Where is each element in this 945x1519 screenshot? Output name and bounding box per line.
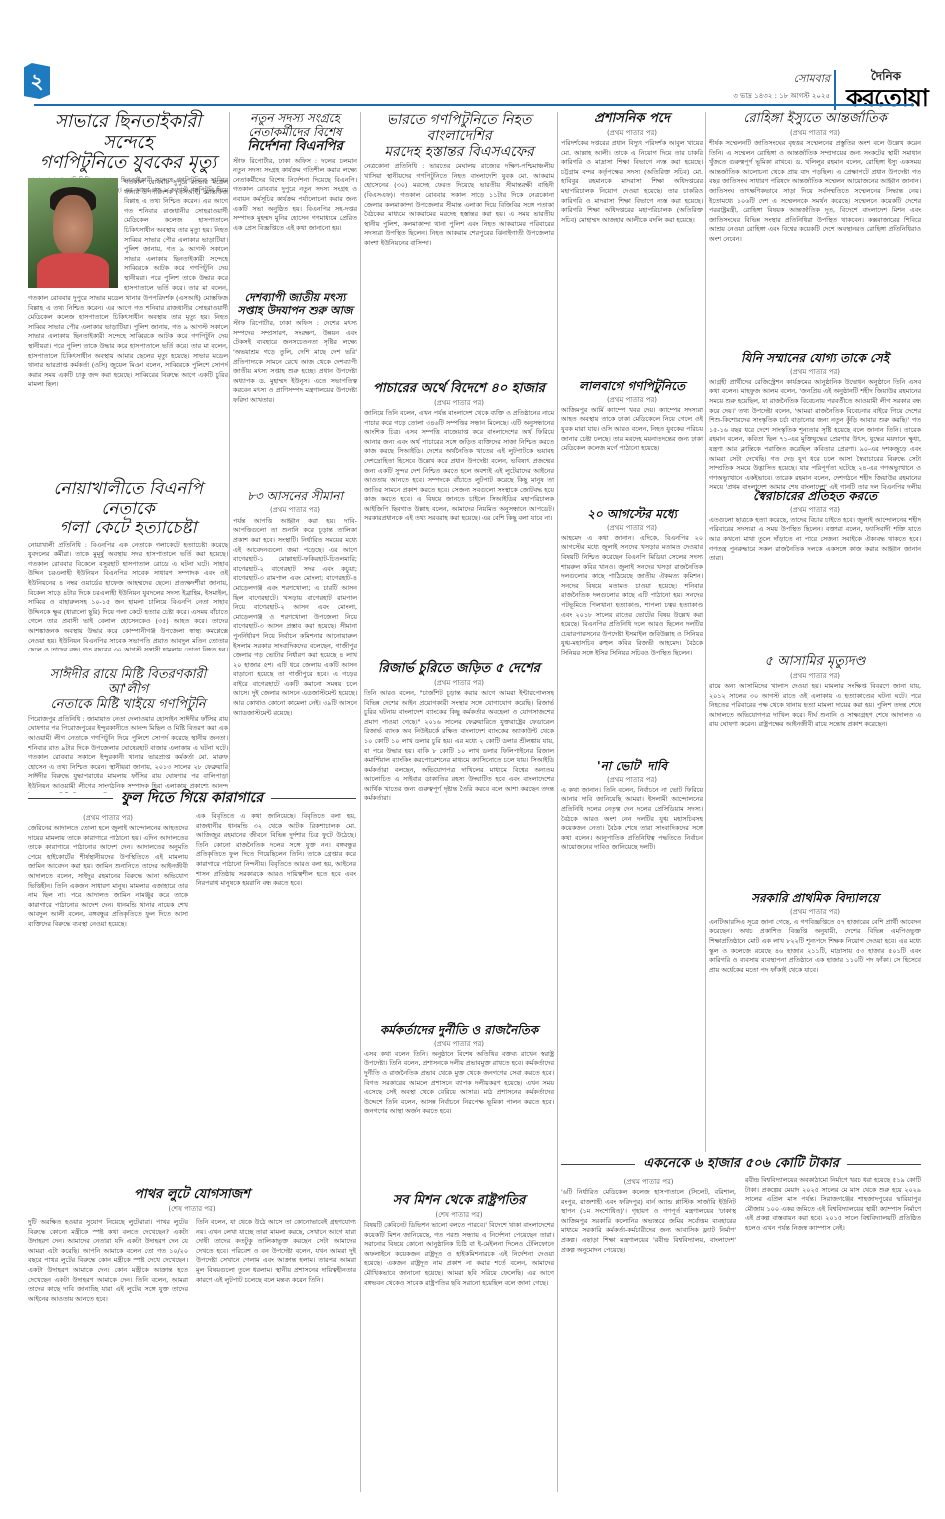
article-body: আজিমপুর আর্মি ক্যাম্পে খবর দেয়। ক্যাম্প… xyxy=(561,406,703,516)
article-noakhali: নোয়াখালীতে বিএনপি নেতাকে গলা কেটে হত্যা… xyxy=(28,480,228,651)
victim-photo xyxy=(28,178,118,288)
article-body: এ কথা জানান। তিনি বলেন, নির্বাচনে না ভোট… xyxy=(561,786,703,1166)
article-body: পর্যন্ত আপত্তি আহ্বান করা হয়। দাবি-আপত্… xyxy=(233,517,357,789)
article-body: তিনি বলেন, যা থেকে উঠে আসে তা কোনোভাবেই … xyxy=(196,1218,356,1488)
article-body: জেরিনের আদালতে তোলা হলে জুলাই আন্দোলনের … xyxy=(28,824,188,1184)
article-headline: ভারতে গণপিটুনিতে নিহত বাংলাদেশির xyxy=(364,112,554,144)
article-bnp-members: নতুন সদস্য সংগ্রহে নেতাকর্মীদের বিশেষ নি… xyxy=(233,112,357,249)
article-body: পিরোজপুর প্রতিনিধি : জামায়াত নেতা দেলাও… xyxy=(28,715,228,793)
article-body: বিষয়টি কেবিনেট ডিভিশন ভালো বলতে পারবে।'… xyxy=(364,1221,554,1491)
continued-label: (প্রথম পাতার পর) xyxy=(233,504,357,516)
article-title-ruled: একনেকে ৬ হাজার ৫০৬ কোটি টাকার xyxy=(561,1157,921,1172)
article-body: পরিদর্শকের দপ্তরের প্রধান বিদ্যুৎ পরিদর্… xyxy=(561,139,703,389)
article-headline: কর্মকর্তাদের দুর্নীতি ও রাজনৈতিক xyxy=(364,1024,554,1038)
article-headline: সাভারে ছিনতাইকারী সন্দেহে xyxy=(28,112,228,153)
continued-label: (প্রথম পাতার পর) xyxy=(561,1176,736,1188)
article-headline: পাচারের অর্থে বিদেশে ৪০ হাজার xyxy=(364,382,554,397)
article-headline: স্বৈরাচারের প্রতিহত করতে xyxy=(709,490,921,504)
article-headline: প্রশাসনিক পদে xyxy=(561,112,703,127)
continued-label: (প্রথম পাতার পর) xyxy=(709,127,921,139)
article-headline: গলা কেটে হত্যাচেষ্টা xyxy=(28,519,228,539)
article-headline: রিজার্ভ চুরিতে জড়িত ৫ দেশের xyxy=(364,662,554,677)
article-flowers-left: (প্রথম পাতার পর) জেরিনের আদালতে তোলা হলে… xyxy=(28,812,188,1184)
column-divider xyxy=(360,112,361,1492)
continued-label: (প্রথম পাতার পর) xyxy=(709,366,921,378)
issue-date: ৩ ভাদ্র ১৪৩২ : ১৮ আগস্ট ২০২৫ xyxy=(560,90,830,102)
article-no-vote: 'না ভোট' দাবি (প্রথম পাতার পর) এ কথা জান… xyxy=(561,760,703,1166)
article-stone-looting: পাথর লুটে যোগসাজশ (শেষ পাতার পর) xyxy=(28,1188,356,1215)
column-divider xyxy=(705,112,706,1152)
article-body: তিনি আরও বলেন, "চার্জশিট চূড়ান্ত করার আ… xyxy=(364,689,554,1019)
article-body: এসব কথা বলেন তিনি। অনুষ্ঠানে বিশেষ অতিথি… xyxy=(364,1050,554,1200)
article-headline: নোয়াখালীতে বিএনপি নেতাকে xyxy=(28,480,228,519)
article-headline: নির্দেশনা বিএনপির xyxy=(233,140,357,155)
article-83-seats: ৮৩ আসনের সীমানা (প্রথম পাতার পর) পর্যন্ত… xyxy=(233,490,357,789)
article-headline: ফুল দিতে গিয়ে কারাগারে xyxy=(121,790,263,806)
article-title-ruled: ফুল দিতে গিয়ে কারাগারে xyxy=(28,790,356,806)
continued-label: (প্রথম পাতার পর) xyxy=(709,906,921,918)
article-reserve-heist: রিজার্ভ চুরিতে জড়িত ৫ দেশের (প্রথম পাতা… xyxy=(364,662,554,1019)
article-lalbagh: লালবাগে গণপিটুনিতে (প্রথম পাতার পর) আজিম… xyxy=(561,380,703,516)
continued-label: (প্রথম পাতার পর) xyxy=(561,127,703,139)
article-pirojpur: সাঈদীর রায়ে মিষ্টি বিতরণকারী আ'লীগ নেতা… xyxy=(28,668,228,793)
article-autocracy: স্বৈরাচারের প্রতিহত করতে (প্রথম পাতার পর… xyxy=(709,490,921,666)
article-aug20: ২০ আগস্টের মধ্যে (প্রথম পাতার পর) আহমেদ … xyxy=(561,508,703,764)
article-honor: যিনি সম্মানের যোগ্য তাকে সেই (প্রথম পাতা… xyxy=(709,352,921,490)
continued-label: (প্রথম পাতার পর) xyxy=(364,397,554,409)
continued-label: (প্রথম পাতার পর) xyxy=(561,522,703,534)
article-six-thousand-left: (প্রথম পাতার পর) '৬টি নির্ধারিত মেডিকেল … xyxy=(561,1176,736,1483)
article-admin-posts: প্রশাসনিক পদে (প্রথম পাতার পর) পরিদর্শকে… xyxy=(561,112,703,389)
article-headline: ৮৩ আসনের সীমানা xyxy=(233,490,357,504)
article-body: জানিয়ে তিনি বলেন, এখন পর্যন্ত বাংলাদেশ … xyxy=(364,409,554,659)
continued-label: (প্রথম পাতার পর) xyxy=(709,504,921,516)
article-body: দুটি অরক্ষিত হওয়ার সুযোগ নিয়েছে লুটেরা… xyxy=(28,1218,188,1488)
article-body: এতগুলো ছাত্রকে হত্যা করেছে, তাদের বিচার … xyxy=(709,516,921,666)
article-headline: লালবাগে গণপিটুনিতে xyxy=(561,380,703,394)
column-divider xyxy=(229,112,230,782)
article-headline: নতুন সদস্য সংগ্রহে xyxy=(233,112,357,126)
article-body: স্টাফ রিপোর্টার, ঢাকা অফিস : দেশের মৎস্য… xyxy=(233,319,357,464)
article-headline: ২০ আগস্টের মধ্যে xyxy=(561,508,703,522)
article-body: আগ্রহী প্রার্থীদের রেজিস্ট্রেশন কার্যক্র… xyxy=(709,378,921,490)
article-body-cont: গতকাল রোববার দুপুরে সাভার মডেল থানার উপপ… xyxy=(28,294,228,476)
header-rule xyxy=(34,104,914,106)
article-body: নেত্রকোনা প্রতিনিধি : ভারতের মেঘালয় রাজ… xyxy=(364,162,554,377)
article-headline: পাথর লুটে যোগসাজশ xyxy=(28,1188,356,1203)
article-smuggling: পাচারের অর্থে বিদেশে ৪০ হাজার (প্রথম পাত… xyxy=(364,382,554,659)
article-body: আহমেদ এ কথা জানান। এদিকে, বিএনপির ২০ আগস… xyxy=(561,534,703,764)
article-headline: সব মিশন থেকে রাষ্ট্রপতির xyxy=(364,1194,554,1209)
article-headline: 'না ভোট' দাবি xyxy=(561,760,703,774)
article-primary-school: সরকারি প্রাথমিক বিদ্যালয়ে (প্রথম পাতার … xyxy=(709,892,921,1152)
article-headline: সরকারি প্রাথমিক বিদ্যালয়ে xyxy=(709,892,921,906)
article-body: নোয়াখালী প্রতিনিধি : বিএনপির এক নেতাকে … xyxy=(28,541,228,651)
article-five-death: ৫ আসামির মৃত্যুদণ্ড (প্রথম পাতার পর) রায… xyxy=(709,655,921,897)
page-number-badge: ২ xyxy=(24,63,50,99)
continued-label: (প্রথম পাতার পর) xyxy=(561,774,703,786)
article-rohingya: রোহিঙ্গা ইস্যুতে আন্তর্জাতিক (প্রথম পাতা… xyxy=(709,112,921,347)
continued-label: (প্রথম পাতার পর) xyxy=(364,1038,554,1050)
weekday: সোমবার xyxy=(630,70,830,89)
article-body: রায়ে অন্য আসামিদের খালাস দেওয়া হয়। মা… xyxy=(709,682,921,897)
article-headline: দেশব্যাপী জাতীয় মৎস্য xyxy=(233,292,357,305)
article-body: স্টাফ রিপোর্টার, ঢাকা অফিস : দলের চলমান … xyxy=(233,157,357,249)
article-body: গতকাল রোববার দুপুরে সাভার মডেল থানার উপপ… xyxy=(124,178,228,292)
article-fish-week: দেশব্যাপী জাতীয় মৎস্য সপ্তাহ উদযাপন শুর… xyxy=(233,292,357,464)
article-flowers-right: এক বিবৃতিতে এ কথা জানিয়েছে। বিবৃতিতে বল… xyxy=(196,812,356,1182)
continued-label: (প্রথম পাতার পর) xyxy=(28,812,188,824)
article-headline: সপ্তাহ উদযাপন শুরু আজ xyxy=(233,305,357,318)
article-body: শীর্ষক সম্মেলনটি জাতিসংঘের বৃহত্তর সম্মে… xyxy=(709,139,921,347)
continued-label: (প্রথম পাতার পর) xyxy=(709,670,921,682)
article-officials-corruption: কর্মকর্তাদের দুর্নীতি ও রাজনৈতিক (প্রথম … xyxy=(364,1024,554,1200)
article-headline: নেতাকর্মীদের বিশেষ xyxy=(233,126,357,140)
article-headline: সাঈদীর রায়ে মিষ্টি বিতরণকারী আ'লীগ xyxy=(28,668,228,698)
continued-label: (শেষ পাতার পর) xyxy=(28,1203,356,1215)
article-headline: নেতাকে মিষ্টি খাইয়ে গণপিটুনি xyxy=(28,698,228,713)
continued-label: (প্রথম পাতার পর) xyxy=(364,677,554,689)
article-headline: মরদেহ হস্তান্তর বিএসএফের xyxy=(364,144,554,160)
article-headline: ৫ আসামির মৃত্যুদণ্ড xyxy=(709,655,921,670)
article-headline: একনেকে ৬ হাজার ৫০৬ কোটি টাকার xyxy=(643,1157,839,1172)
article-india-bsf: ভারতে গণপিটুনিতে নিহত বাংলাদেশির মরদেহ হ… xyxy=(364,112,554,377)
continued-label: (প্রথম পাতার পর) xyxy=(561,394,703,406)
continued-label: (শেষ পাতার পর) xyxy=(364,1209,554,1221)
article-missions-president: সব মিশন থেকে রাষ্ট্রপতির (শেষ পাতার পর) … xyxy=(364,1194,554,1491)
article-headline: গণপিটুনিতে যুবকের মৃত্যু xyxy=(28,153,228,174)
article-headline: যিনি সম্মানের যোগ্য তাকে সেই xyxy=(709,352,921,366)
column-divider xyxy=(557,112,558,1492)
article-six-thousand-right: রবীন্দ্র বিশ্ববিদ্যালয়ের অবকাঠামো নির্ম… xyxy=(745,1176,921,1481)
article-headline: রোহিঙ্গা ইস্যুতে আন্তর্জাতিক xyxy=(709,112,921,127)
article-body: '৬টি নির্ধারিত মেডিকেল কলেজ হাসপাতালে (স… xyxy=(561,1188,736,1483)
article-body: এনটিআরসিএ সূত্রে জানা গেছে, এ গণবিজ্ঞপ্ত… xyxy=(709,918,921,1152)
